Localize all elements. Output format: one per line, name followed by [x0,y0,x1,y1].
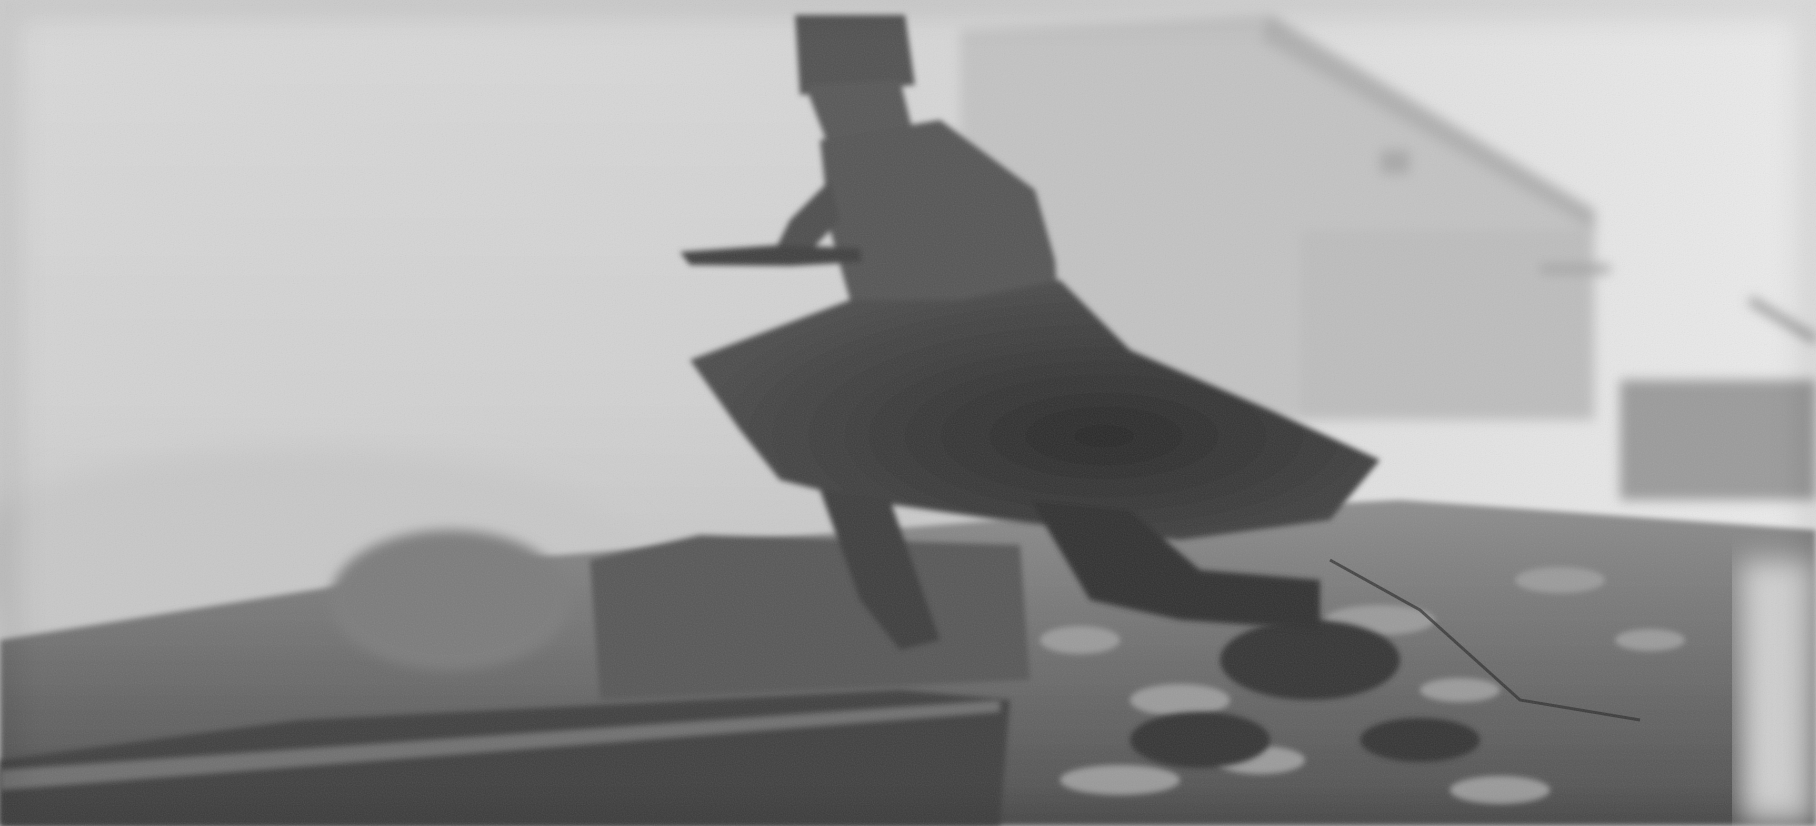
scene-canvas [0,0,1816,826]
film-grain [0,0,1816,826]
film-still: Grainy black-and-white archival film sti… [0,0,1816,826]
